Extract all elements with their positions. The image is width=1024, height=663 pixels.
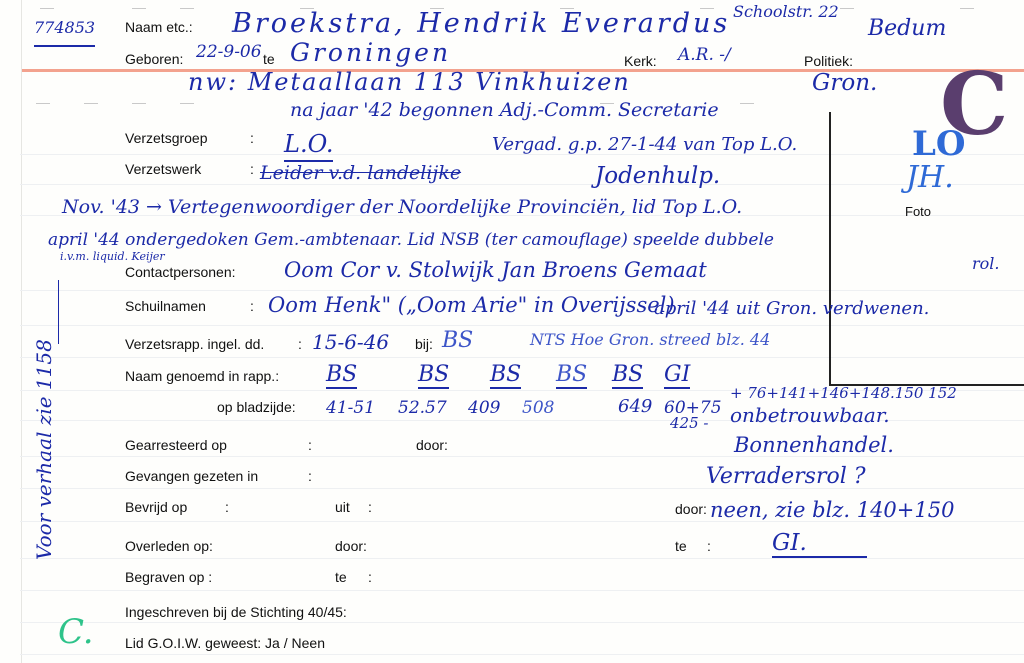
mentioned-in-report-1: BS xyxy=(326,362,357,389)
label-colon: : xyxy=(707,538,711,554)
label-op-bladzijde: op bladzijde: xyxy=(217,399,296,415)
label-te: te xyxy=(335,569,347,585)
jh-mark: JH. xyxy=(906,160,954,195)
label-verzetsrapp: Verzetsrapp. ingel. dd. xyxy=(125,336,264,352)
label-contactpersonen: Contactpersonen: xyxy=(125,264,236,280)
label-overleden: Overleden op: xyxy=(125,538,213,554)
label-colon: : xyxy=(368,569,372,585)
side-note-vertical: Voor verhaal zie 1158 xyxy=(32,339,56,560)
label-door: door: xyxy=(416,437,448,453)
label-colon: : xyxy=(250,298,254,314)
label-gearresteerd: Gearresteerd op xyxy=(125,437,227,453)
contact-persons: Oom Cor v. Stolwijk Jan Broens Gemaat xyxy=(284,258,707,282)
politics-place: Gron. xyxy=(812,70,877,96)
label-colon: : xyxy=(225,499,229,515)
mentioned-in-report-3: BS xyxy=(490,362,521,389)
label-uit: uit xyxy=(335,499,350,515)
page-ref-425: 425 - xyxy=(670,414,708,432)
birth-date: 22-9-06 xyxy=(196,42,262,62)
label-colon: : xyxy=(298,336,302,352)
label-politiek: Politiek: xyxy=(804,53,853,69)
label-ingeschreven: Ingeschreven bij de Stichting 40/45: xyxy=(125,604,347,620)
label-colon: : xyxy=(308,437,312,453)
report-by: BS xyxy=(442,328,473,353)
liberated-by-note: neen, zie blz. 140+150 xyxy=(710,498,954,522)
label-colon: : xyxy=(250,130,254,146)
side-note-arrow xyxy=(58,280,59,344)
card-number: 774853 xyxy=(34,18,95,47)
card-left-edge xyxy=(21,0,22,663)
name-entry: Broekstra, Hendrik Everardus xyxy=(232,8,730,39)
label-bevrijd: Bevrijd op xyxy=(125,499,187,515)
ruled-line xyxy=(20,558,1024,559)
page-ref-extra: + 76+141+146+148.150 152 xyxy=(730,384,957,402)
report-note: NTS Hoe Gron. streed blz. 44 xyxy=(530,330,770,349)
label-kerk: Kerk: xyxy=(624,53,657,69)
label-naam-genoemd: Naam genoemd in rapp.: xyxy=(125,368,279,384)
tick-mark xyxy=(40,8,54,9)
address-place: Bedum xyxy=(868,16,946,41)
resistance-group: L.O. xyxy=(284,130,333,162)
ruled-line xyxy=(20,488,1024,489)
note-rol: rol. xyxy=(972,254,999,273)
label-foto: Foto xyxy=(905,204,931,219)
report-date: 15-6-46 xyxy=(312,330,389,354)
label-verzetsgroep: Verzetsgroep xyxy=(125,130,208,146)
label-gevangen: Gevangen gezeten in xyxy=(125,468,258,484)
label-door: door: xyxy=(335,538,367,554)
tick-mark xyxy=(740,103,754,104)
resistance-index-card: Naam etc.: Geboren: te Kerk: Politiek: V… xyxy=(0,0,1024,663)
tick-mark xyxy=(840,8,854,9)
label-geboren: Geboren: xyxy=(125,51,183,67)
ruled-line xyxy=(20,590,1024,591)
page-ref-5: 649 xyxy=(618,396,652,417)
label-schuilnamen: Schuilnamen xyxy=(125,298,206,314)
label-colon: : xyxy=(308,468,312,484)
note-coupon-trade: Bonnenhandel. xyxy=(734,433,894,457)
tick-mark xyxy=(132,103,146,104)
label-colon: : xyxy=(368,499,372,515)
page-ref-1: 41-51 xyxy=(326,398,375,418)
tick-mark xyxy=(84,103,98,104)
mentioned-in-report-4: BS xyxy=(556,362,587,389)
note-liquidation: i.v.m. liquid. Keijer xyxy=(60,250,165,263)
label-te: te xyxy=(263,51,275,67)
page-ref-4: 508 xyxy=(522,398,554,418)
label-te: te xyxy=(675,538,687,554)
label-lid-goiw: Lid G.O.I.W. geweest: Ja / Neen xyxy=(125,635,325,651)
ruled-line xyxy=(20,654,1024,655)
resistance-work-struck: Leider v.d. landelijke xyxy=(260,162,461,184)
label-door: door: xyxy=(675,501,707,517)
tick-mark xyxy=(960,8,974,9)
note-unreliable: onbetrouwbaar. xyxy=(730,403,890,427)
tick-mark xyxy=(36,103,50,104)
church-entry: A.R. -/ xyxy=(678,45,731,65)
tick-mark xyxy=(132,8,146,9)
label-naam: Naam etc.: xyxy=(125,19,193,35)
deceased-place: GI. xyxy=(772,530,867,558)
aliases-note: april '44 uit Gron. verdwenen. xyxy=(654,298,929,319)
page-ref-2: 52.57 xyxy=(398,398,447,418)
label-verzetswerk: Verzetswerk xyxy=(125,161,201,177)
mentioned-in-report-6: GI xyxy=(664,362,690,389)
page-ref-3: 409 xyxy=(468,398,500,418)
resistance-work: Jodenhulp. xyxy=(595,163,720,189)
tick-mark xyxy=(180,8,194,9)
green-corner-mark: C. xyxy=(58,612,94,652)
mentioned-in-report-5: BS xyxy=(612,362,643,389)
lo-mark: LO xyxy=(912,124,966,164)
note-nov-43: Nov. '43 → Vertegenwoordiger der Noordel… xyxy=(62,196,742,218)
ruled-line xyxy=(20,622,1024,623)
aliases: Oom Henk" („Oom Arie" in Overijssel) xyxy=(268,293,675,317)
occupation: na jaar '42 begonnen Adj.-Comm. Secretar… xyxy=(290,99,719,121)
note-april-44: april '44 ondergedoken Gem.-ambtenaar. L… xyxy=(48,230,774,250)
address-top: Schoolstr. 22 xyxy=(733,2,839,21)
tick-mark xyxy=(180,103,194,104)
new-address: nw: Metaallaan 113 Vinkhuizen xyxy=(188,68,631,96)
label-bij: bij: xyxy=(415,336,433,352)
label-begraven: Begraven op : xyxy=(125,569,212,585)
mentioned-in-report-2: BS xyxy=(418,362,449,389)
label-colon: : xyxy=(250,161,254,177)
birth-place: Groningen xyxy=(290,38,451,67)
meeting-note: Vergad. g.p. 27-1-44 van Top L.O. xyxy=(492,134,797,155)
note-traitor-role: Verradersrol ? xyxy=(706,464,866,489)
